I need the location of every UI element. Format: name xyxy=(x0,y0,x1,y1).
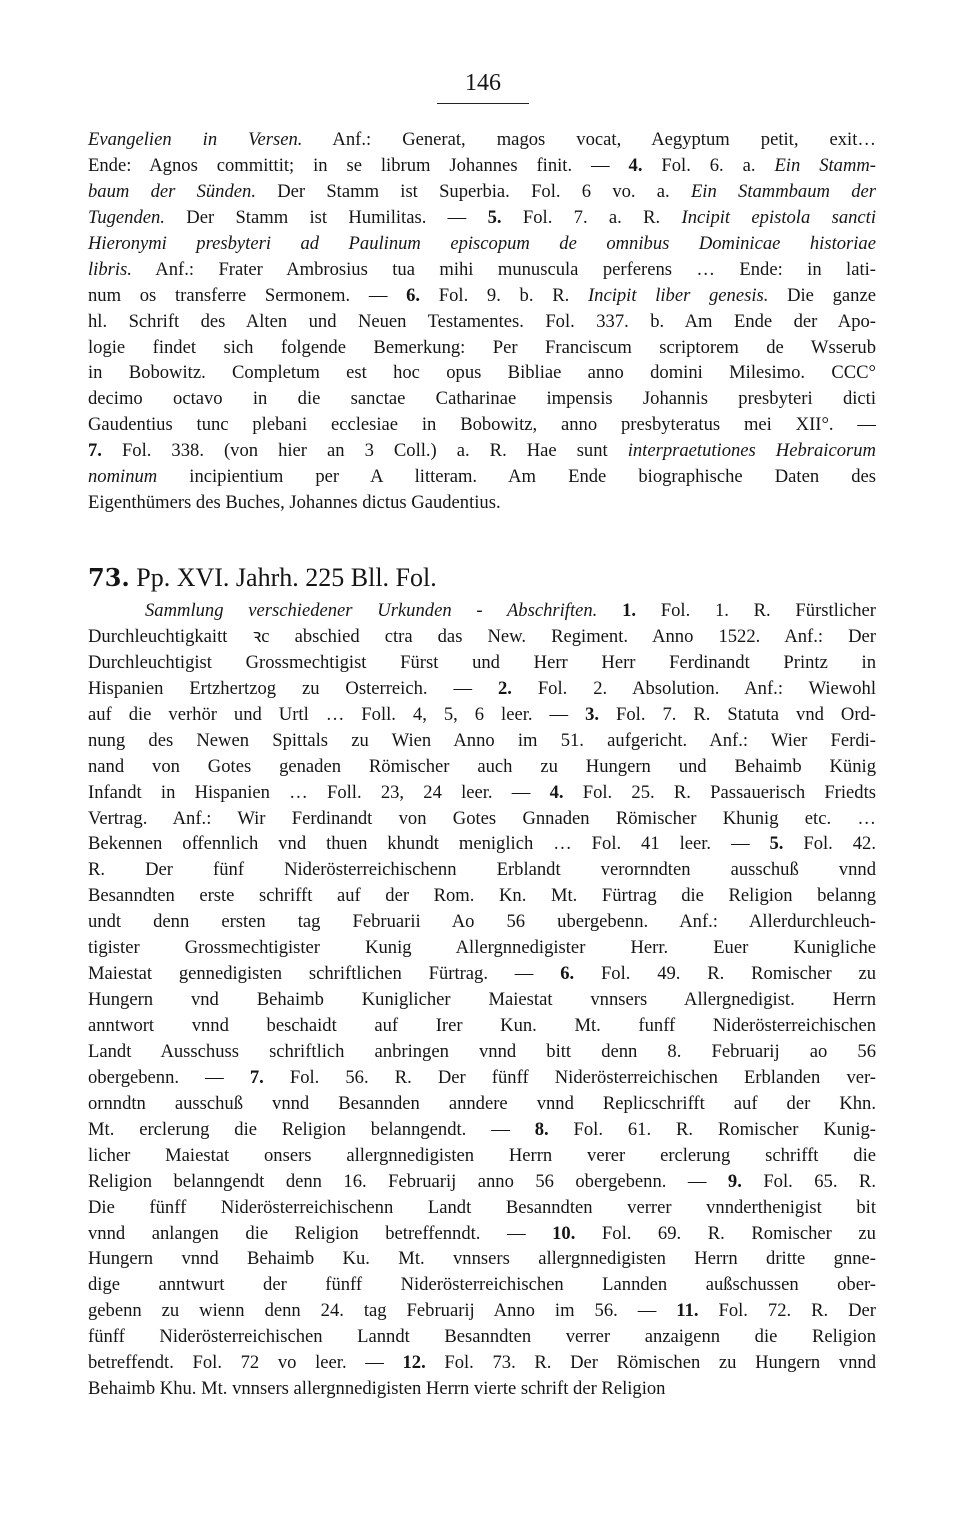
text-line: auf die verhör und Urtl … Foll. 4, 5, 6 … xyxy=(88,702,876,728)
text-run: Religion belanngendt denn 16. Februarij … xyxy=(88,1171,728,1192)
text-run: Fol. 25. R. Passauerisch Friedts xyxy=(564,782,876,803)
text-line: 7. Fol. 338. (von hier an 3 Coll.) a. R.… xyxy=(88,438,876,464)
text-line: tigister Grossmechtigister Kunig Allergn… xyxy=(88,935,876,961)
text-line: Religion belanngendt denn 16. Februarij … xyxy=(88,1169,876,1195)
text-run: Fol. 49. R. Romischer zu xyxy=(574,963,876,984)
text-run: Durchleuchtigist Grossmechtigist Fürst u… xyxy=(88,652,876,673)
text-run: vnnd anlangen die Religion betreffenndt.… xyxy=(88,1223,552,1244)
text-line: Evangelien in Versen. Anf.: Generat, mag… xyxy=(88,127,876,153)
italic-title-run: Evangelien in Versen. xyxy=(88,129,302,150)
text-run: Fol. 42. xyxy=(783,833,876,854)
text-run: Mt. erclerung die Religion belanngendt. … xyxy=(88,1119,535,1140)
text-run: Hungern vnnd Behaimb Ku. Mt. vnnsers all… xyxy=(88,1248,876,1269)
italic-title-run: baum der Sünden. xyxy=(88,181,256,202)
text-line: Hungern vnnd Behaimb Ku. Mt. vnnsers all… xyxy=(88,1246,876,1272)
item-number-run: 4. xyxy=(550,782,564,803)
text-line: Bekennen offennlich vnd thuen khundt men… xyxy=(88,831,876,857)
text-line: ornndtn ausschuß vnnd Besannden anndere … xyxy=(88,1091,876,1117)
item-number-run: 8. xyxy=(535,1119,549,1140)
text-run: Die ganze xyxy=(768,285,876,306)
entry-description: Pp. XVI. Jahrh. 225 Bll. Fol. xyxy=(136,563,436,592)
text-line: Hieronymi presbyteri ad Paulinum episcop… xyxy=(88,231,876,257)
text-run: Maiestat gennedigisten schriftlichen Für… xyxy=(88,963,560,984)
text-line: Hungern vnd Behaimb Kuniglicher Maiestat… xyxy=(88,987,876,1013)
text-line: Durchleuchtigkaitt ꝛc abschied ctra das … xyxy=(88,624,876,650)
text-line: Gaudentius tunc plebani ecclesiae in Bob… xyxy=(88,412,876,438)
text-line: Besanndten erste schrifft auf der Rom. K… xyxy=(88,883,876,909)
italic-title-run: nominum xyxy=(88,466,157,487)
text-run: Durchleuchtigkaitt ꝛc abschied ctra das … xyxy=(88,626,876,647)
text-run: Bekennen offennlich vnd thuen khundt men… xyxy=(88,833,770,854)
text-run: anntwort vnnd beschaidt auf Irer Kun. Mt… xyxy=(88,1015,876,1036)
text-run: Anf.: Generat, magos vocat, Aegyptum pet… xyxy=(302,129,876,150)
text-run: auf die verhör und Urtl … Foll. 4, 5, 6 … xyxy=(88,704,585,725)
text-run: Fol. 1. R. Fürstlicher xyxy=(636,600,876,621)
text-run: in Bobowitz. Completum est hoc opus Bibl… xyxy=(88,362,876,383)
text-line: anntwort vnnd beschaidt auf Irer Kun. Mt… xyxy=(88,1013,876,1039)
text-run: obergebenn. — xyxy=(88,1067,250,1088)
text-line: undt denn ersten tag Februarii Ao 56 ube… xyxy=(88,909,876,935)
text-line: Eigenthümers des Buches, Johannes dictus… xyxy=(88,490,876,516)
text-run: Fol. 2. Absolution. Anf.: Wiewohl xyxy=(512,678,876,699)
text-run: Landt Ausschuss schriftlich anbringen vn… xyxy=(88,1041,876,1062)
text-line: Tugenden. Der Stamm ist Humilitas. — 5. … xyxy=(88,205,876,231)
text-run: fünff Niderösterreichischen Lanndt Besan… xyxy=(88,1326,876,1347)
text-run: Gaudentius tunc plebani ecclesiae in Bob… xyxy=(88,414,876,435)
text-line: Landt Ausschuss schriftlich anbringen vn… xyxy=(88,1039,876,1065)
text-line: Hispanien Ertzhertzog zu Osterreich. — 2… xyxy=(88,676,876,702)
text-line: fünff Niderösterreichischen Lanndt Besan… xyxy=(88,1324,876,1350)
text-run: nung des Newen Spittals zu Wien Anno im … xyxy=(88,730,876,751)
italic-title-run: interpraetutiones Hebraicorum xyxy=(628,440,876,461)
text-line: decimo octavo in die sanctae Catharinae … xyxy=(88,386,876,412)
item-number-run: 5. xyxy=(770,833,784,854)
item-number-run: 5. xyxy=(488,207,502,228)
text-line: Maiestat gennedigisten schriftlichen Für… xyxy=(88,961,876,987)
text-run: dige anntwurt der fünff Niderösterreichi… xyxy=(88,1274,876,1295)
text-line: Mt. erclerung die Religion belanngendt. … xyxy=(88,1117,876,1143)
entry-73-heading: 73. Pp. XVI. Jahrh. 225 Bll. Fol. xyxy=(88,563,437,593)
text-line: logie findet sich folgende Bemerkung: Pe… xyxy=(88,335,876,361)
text-line: Die fünff Niderösterreichischenn Landt B… xyxy=(88,1195,876,1221)
text-run: logie findet sich folgende Bemerkung: Pe… xyxy=(88,337,876,358)
entry-number: 73. xyxy=(88,563,130,592)
item-number-run: 6. xyxy=(560,963,574,984)
text-run: Vertrag. Anf.: Wir Ferdinandt von Gotes … xyxy=(88,808,876,829)
item-number-run: 7. xyxy=(250,1067,264,1088)
text-run: Fol. 7. a. R. xyxy=(502,207,682,228)
text-run: Fol. 7. R. Statuta vnd Ord- xyxy=(599,704,876,725)
text-run: Fol. 61. R. Romischer Kunig- xyxy=(549,1119,876,1140)
text-run: Hispanien Ertzhertzog zu Osterreich. — xyxy=(88,678,498,699)
text-run: gebenn zu wienn denn 24. tag Februarij A… xyxy=(88,1300,676,1321)
text-run: num os transferre Sermonem. — xyxy=(88,285,406,306)
text-line: Behaimb Khu. Mt. vnnsers allergnnedigist… xyxy=(88,1376,876,1402)
item-number-run: 7. xyxy=(88,440,102,461)
text-line: hl. Schrift des Alten und Neuen Testamen… xyxy=(88,309,876,335)
item-number-run: 4. xyxy=(629,155,643,176)
item-number-run: 6. xyxy=(406,285,420,306)
text-run: Fol. 69. R. Romischer zu xyxy=(575,1223,876,1244)
text-line: vnnd anlangen die Religion betreffenndt.… xyxy=(88,1221,876,1247)
italic-title-run: Incipit epistola sancti xyxy=(682,207,876,228)
italic-title-run: libris. xyxy=(88,259,132,280)
italic-title-run: Sammlung verschiedener Urkunden - Abschr… xyxy=(145,600,597,621)
text-run: nand von Gotes genaden Römischer auch zu… xyxy=(88,756,876,777)
item-number-run: 1. xyxy=(622,600,636,621)
page-number: 146 xyxy=(0,70,960,97)
text-line: obergebenn. — 7. Fol. 56. R. Der fünff N… xyxy=(88,1065,876,1091)
italic-title-run: Ein Stammbaum der xyxy=(691,181,876,202)
item-number-run: 10. xyxy=(552,1223,575,1244)
entry-72-continuation: Evangelien in Versen. Anf.: Generat, mag… xyxy=(88,127,876,516)
text-run: Behaimb Khu. Mt. vnnsers allergnnedigist… xyxy=(88,1378,665,1399)
text-line: num os transferre Sermonem. — 6. Fol. 9.… xyxy=(88,283,876,309)
text-run: Fol. 65. R. xyxy=(742,1171,876,1192)
text-run: Fol. 6. a. xyxy=(642,155,774,176)
text-run: hl. Schrift des Alten und Neuen Testamen… xyxy=(88,311,876,332)
text-run: Infandt in Hispanien … Foll. 23, 24 leer… xyxy=(88,782,550,803)
text-line: Durchleuchtigist Grossmechtigist Fürst u… xyxy=(88,650,876,676)
item-number-run: 3. xyxy=(585,704,599,725)
text-run: Fol. 338. (von hier an 3 Coll.) a. R. Ha… xyxy=(102,440,628,461)
text-run: ornndtn ausschuß vnnd Besannden anndere … xyxy=(88,1093,876,1114)
text-line: dige anntwurt der fünff Niderösterreichi… xyxy=(88,1272,876,1298)
text-run: Fol. 73. R. Der Römischen zu Hungern vnn… xyxy=(426,1352,876,1373)
text-run: Fol. 72. R. Der xyxy=(699,1300,876,1321)
page-number-rule xyxy=(437,103,529,104)
text-line: baum der Sünden. Der Stamm ist Superbia.… xyxy=(88,179,876,205)
italic-title-run: Incipit liber genesis. xyxy=(588,285,768,306)
text-line: Sammlung verschiedener Urkunden - Abschr… xyxy=(88,598,876,624)
text-line: gebenn zu wienn denn 24. tag Februarij A… xyxy=(88,1298,876,1324)
text-run: incipientium per A litteram. Am Ende bio… xyxy=(157,466,876,487)
text-line: betreffendt. Fol. 72 vo leer. — 12. Fol.… xyxy=(88,1350,876,1376)
text-run: decimo octavo in die sanctae Catharinae … xyxy=(88,388,876,409)
text-run: licher Maiestat onsers allergnnedigisten… xyxy=(88,1145,876,1166)
text-line: nand von Gotes genaden Römischer auch zu… xyxy=(88,754,876,780)
text-run: undt denn ersten tag Februarii Ao 56 ube… xyxy=(88,911,876,932)
item-number-run: 9. xyxy=(728,1171,742,1192)
text-line: libris. Anf.: Frater Ambrosius tua mihi … xyxy=(88,257,876,283)
item-number-run: 12. xyxy=(402,1352,425,1373)
text-line: licher Maiestat onsers allergnnedigisten… xyxy=(88,1143,876,1169)
text-run: Fol. 56. R. Der fünff Niderösterreichisc… xyxy=(264,1067,876,1088)
text-line: Infandt in Hispanien … Foll. 23, 24 leer… xyxy=(88,780,876,806)
text-run: Hungern vnd Behaimb Kuniglicher Maiestat… xyxy=(88,989,876,1010)
text-line: nung des Newen Spittals zu Wien Anno im … xyxy=(88,728,876,754)
italic-title-run: Hieronymi presbyteri ad Paulinum episcop… xyxy=(88,233,876,254)
entry-73-body: Sammlung verschiedener Urkunden - Abschr… xyxy=(88,598,876,1402)
text-run: Anf.: Frater Ambrosius tua mihi munuscul… xyxy=(132,259,876,280)
italic-title-run: Ein Stamm- xyxy=(774,155,876,176)
text-run: tigister Grossmechtigister Kunig Allergn… xyxy=(88,937,876,958)
italic-title-run: Tugenden. xyxy=(88,207,165,228)
text-run xyxy=(597,600,622,621)
text-line: R. Der fünf Niderösterreichischenn Erbla… xyxy=(88,857,876,883)
text-line: Vertrag. Anf.: Wir Ferdinandt von Gotes … xyxy=(88,806,876,832)
text-run: R. Der fünf Niderösterreichischenn Erbla… xyxy=(88,859,876,880)
text-run: Die fünff Niderösterreichischenn Landt B… xyxy=(88,1197,876,1218)
item-number-run: 2. xyxy=(498,678,512,699)
text-run: Eigenthümers des Buches, Johannes dictus… xyxy=(88,492,501,513)
item-number-run: 11. xyxy=(676,1300,698,1321)
text-line: nominum incipientium per A litteram. Am … xyxy=(88,464,876,490)
text-run: Besanndten erste schrifft auf der Rom. K… xyxy=(88,885,876,906)
text-run: Ende: Agnos committit; in se librum Joha… xyxy=(88,155,629,176)
text-run: Der Stamm ist Superbia. Fol. 6 vo. a. xyxy=(256,181,691,202)
text-run: betreffendt. Fol. 72 vo leer. — xyxy=(88,1352,402,1373)
text-run: Fol. 9. b. R. xyxy=(420,285,588,306)
text-run: Der Stamm ist Humilitas. — xyxy=(165,207,488,228)
text-line: Ende: Agnos committit; in se librum Joha… xyxy=(88,153,876,179)
text-line: in Bobowitz. Completum est hoc opus Bibl… xyxy=(88,360,876,386)
